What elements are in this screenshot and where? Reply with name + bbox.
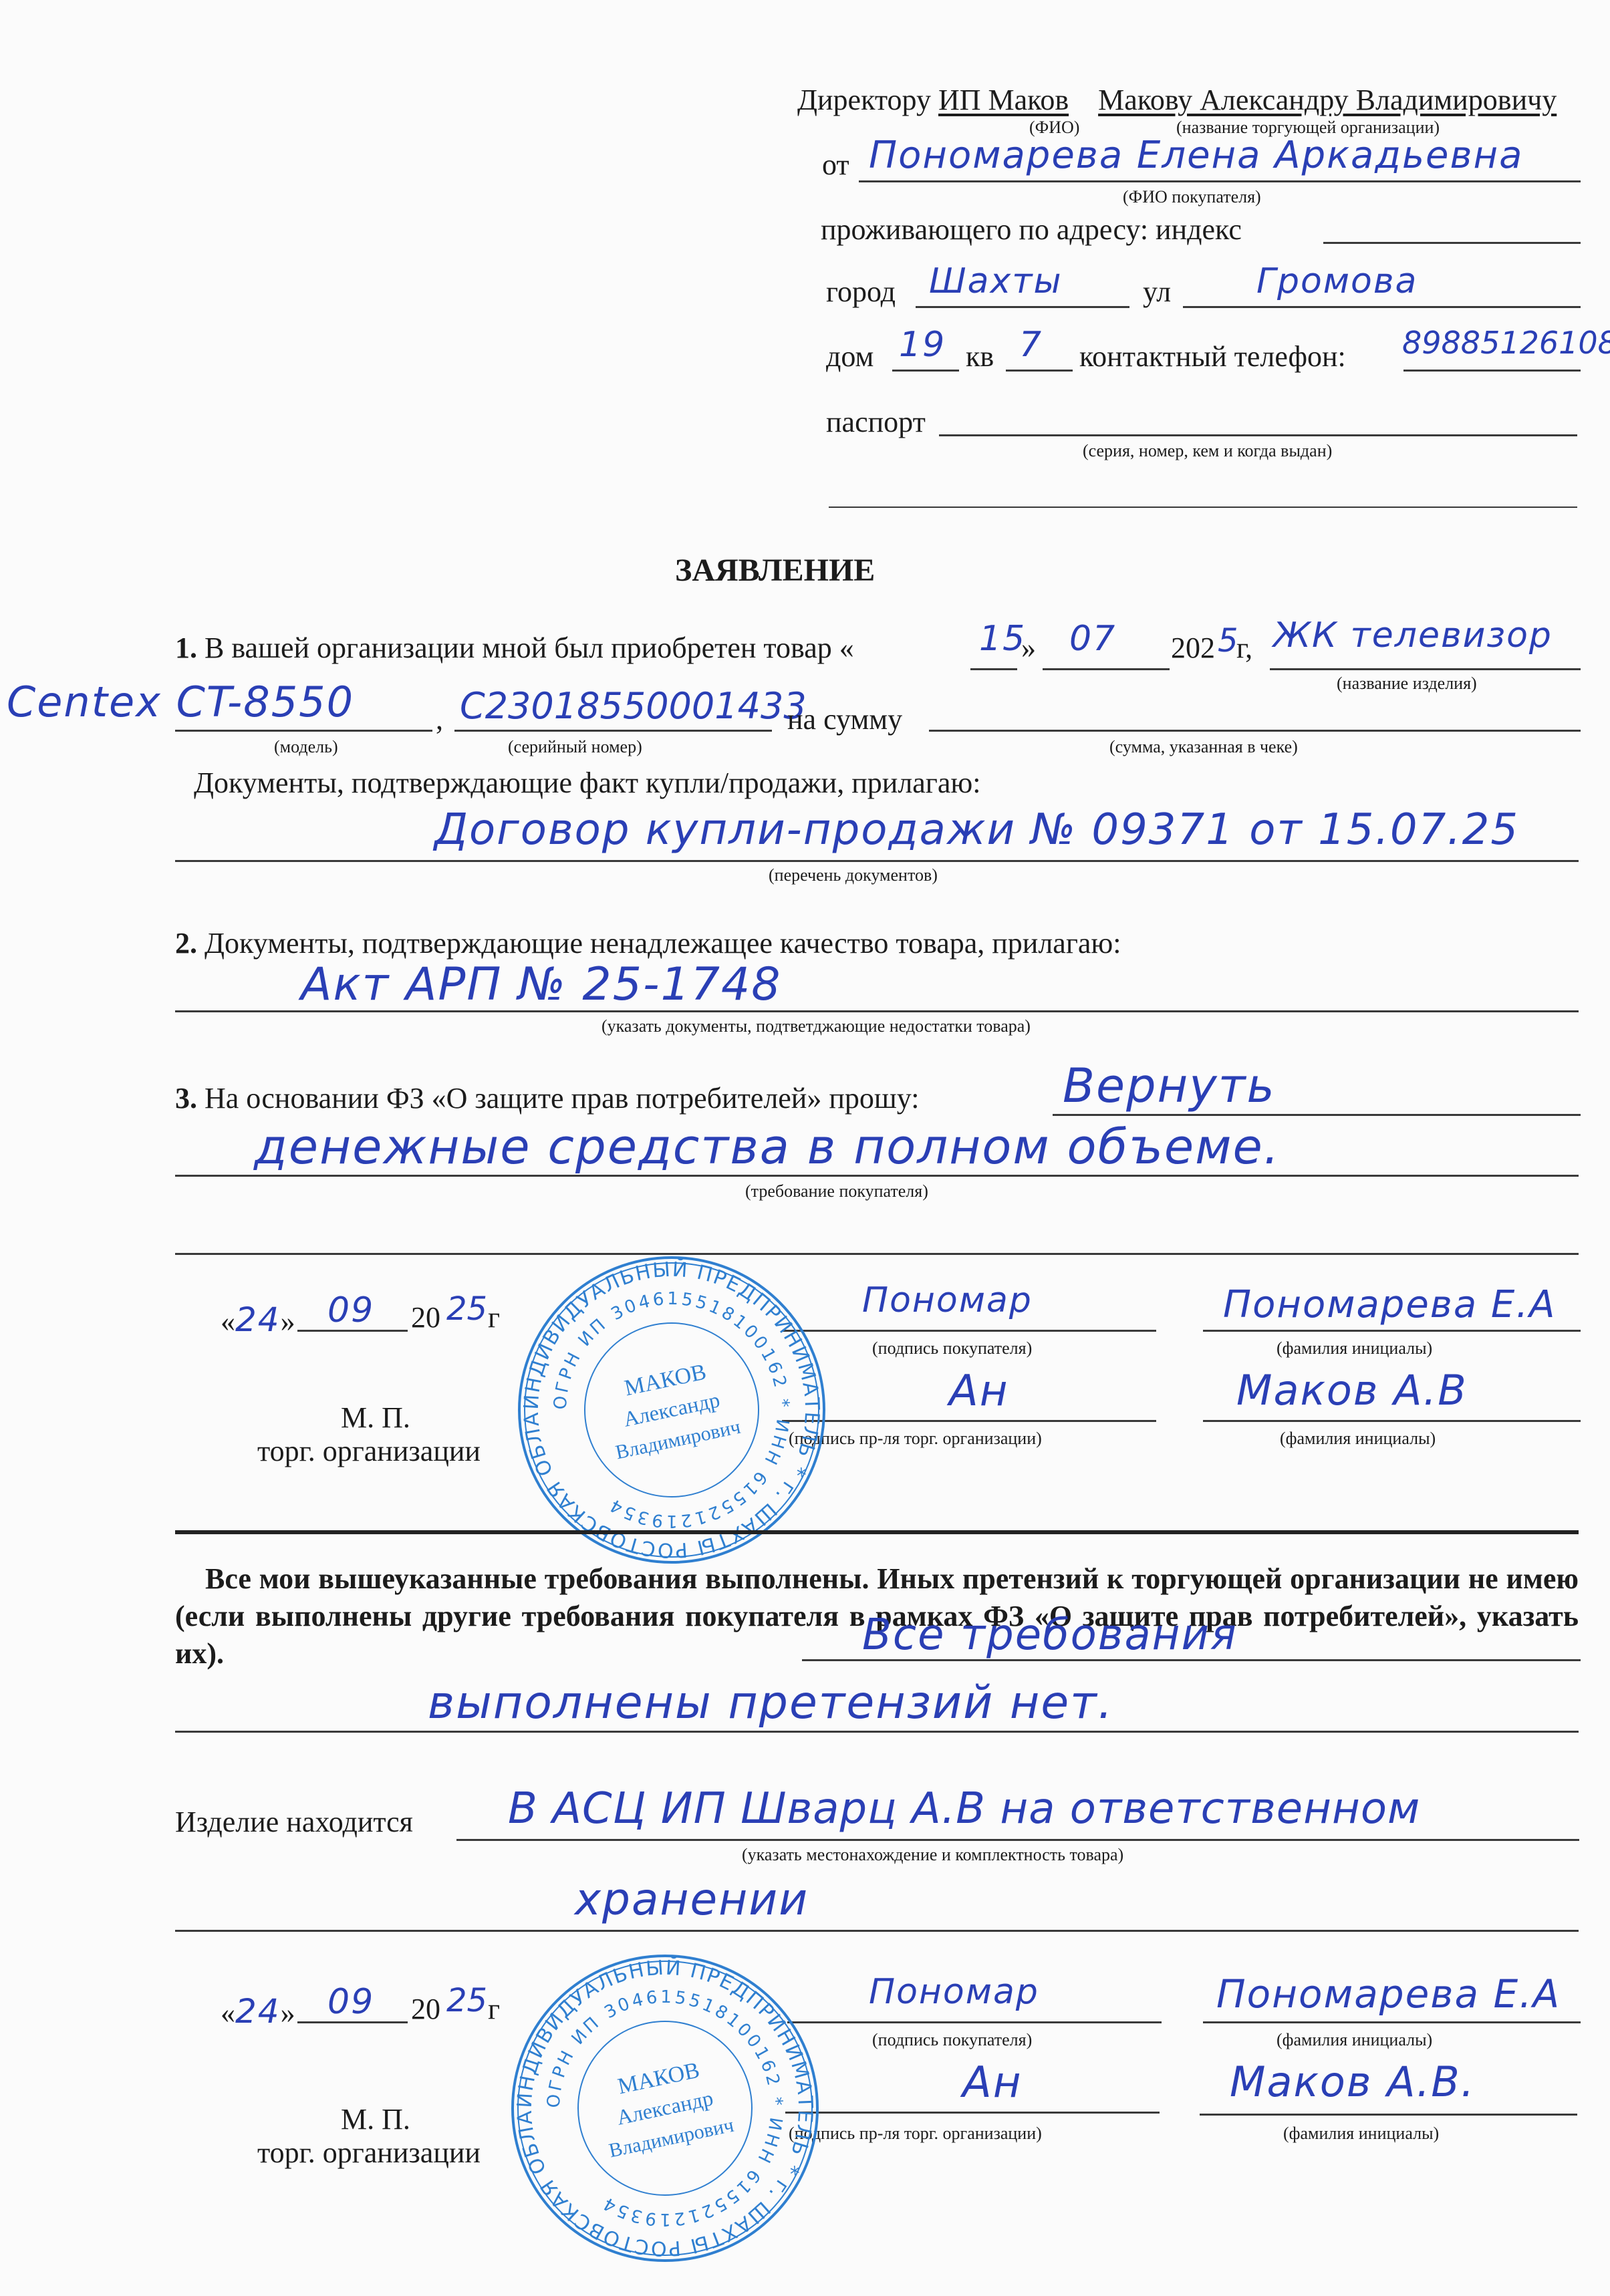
stamp-seal-icon: ИНДИВИДУАЛЬНЫЙ ПРЕДПРИНИМАТЕЛЬ * г. ШАХТ…	[508, 1951, 822, 2265]
section2-number: 2.	[175, 927, 197, 960]
purchase-docs-field[interactable]: Договор купли-продажи № 09371 от 15.07.2…	[434, 809, 1519, 851]
caption-buyer-fio: (ФИО покупателя)	[1123, 188, 1261, 206]
sign1-date: «24»	[221, 1303, 295, 1336]
caption-passport: (серия, номер, кем и когда выдан)	[1083, 442, 1332, 460]
fulfilled-field-2[interactable]: выполнены претензий нет.	[428, 1681, 1113, 1726]
request-line-3	[175, 1253, 1579, 1255]
sign2-buyer-sig-line	[787, 2021, 1162, 2023]
sign1-seller-sig-line	[782, 1420, 1156, 1422]
section3-intro: 3. На основании ФЗ «О защите прав потреб…	[175, 1084, 919, 1113]
document-title: ЗАЯВЛЕНИЕ	[675, 555, 875, 587]
caption-sum: (сумма, указанная в чеке)	[1109, 738, 1298, 756]
org-name: ИП Маков	[938, 84, 1069, 116]
apt-line	[1006, 370, 1073, 372]
sign2-year-prefix: 20	[411, 1995, 440, 2024]
addressee-line: Директору ИП Маков Макову Александру Вла…	[797, 86, 1557, 115]
sign1-caption-buyer-sig: (подпись покупателя)	[872, 1340, 1032, 1357]
sign2-caption-seller-sig: (подпись пр-ля торг. организации)	[789, 2125, 1042, 2142]
sign1-day-field[interactable]: 24	[235, 1300, 281, 1339]
sign2-seller-name-line	[1200, 2114, 1577, 2116]
street-line	[1183, 306, 1581, 308]
director-prefix: Директору	[797, 84, 931, 116]
house-field[interactable]: 19	[899, 327, 946, 362]
passport-line-2	[829, 507, 1577, 508]
product-name-line	[1270, 668, 1581, 670]
sign1-year-prefix: 20	[411, 1303, 440, 1332]
model-field[interactable]: Centex CT-8550	[7, 682, 354, 723]
sign1-seller-name[interactable]: Маков А.В	[1236, 1370, 1468, 1411]
sign1-seller-name-line	[1203, 1420, 1581, 1422]
sign2-day-field[interactable]: 24	[235, 1992, 281, 2031]
caption-serial: (серийный номер)	[508, 738, 642, 756]
from-label: от	[822, 150, 849, 180]
location-line-1	[456, 1839, 1579, 1841]
passport-line	[939, 434, 1577, 436]
sign2-caption-seller-name: (фамилия инициалы)	[1283, 2125, 1439, 2142]
request-field-1[interactable]: Вернуть	[1063, 1062, 1276, 1109]
sign2-year-g: г	[488, 1995, 500, 2024]
caption-docs: (перечень документов)	[769, 867, 938, 884]
company-stamp-2: ИНДИВИДУАЛЬНЫЙ ПРЕДПРИНИМАТЕЛЬ * г. ШАХТ…	[508, 1951, 822, 2265]
purchase-month-line	[1043, 668, 1170, 670]
sum-line	[929, 730, 1581, 732]
serial-line	[454, 730, 772, 732]
sign1-buyer-name[interactable]: Пономарева Е.А	[1223, 1286, 1556, 1324]
caption-model: (модель)	[274, 738, 338, 756]
house-line	[892, 370, 959, 372]
phone-label: контактный телефон:	[1079, 342, 1346, 372]
phone-line	[1403, 370, 1581, 372]
section-divider	[175, 1530, 1579, 1534]
sign1-year-g: г	[488, 1303, 500, 1332]
stamp-seal-icon: ИНДИВИДУАЛЬНЫЙ ПРЕДПРИНИМАТЕЛЬ * г. ШАХТ…	[515, 1253, 829, 1567]
comma: ,	[436, 705, 443, 734]
company-stamp-1: ИНДИВИДУАЛЬНЫЙ ПРЕДПРИНИМАТЕЛЬ * г. ШАХТ…	[515, 1253, 829, 1567]
sign1-caption-buyer-name: (фамилия инициалы)	[1277, 1340, 1432, 1357]
sign2-buyer-name-line	[1203, 2021, 1581, 2023]
year-g: г,	[1236, 633, 1252, 663]
buyer-fio-line	[859, 180, 1581, 182]
location-field-2[interactable]: хранении	[575, 1878, 809, 1922]
purchase-year-field[interactable]: 5	[1218, 625, 1238, 657]
city-field[interactable]: Шахты	[929, 264, 1063, 299]
city-line	[916, 306, 1129, 308]
request-field-2[interactable]: денежные средства в полном объеме.	[254, 1123, 1281, 1171]
street-label: ул	[1143, 277, 1171, 307]
apt-label: кв	[966, 342, 994, 372]
caption-request: (требование покупателя)	[745, 1183, 928, 1200]
sign2-year-field[interactable]: 25	[446, 1985, 487, 2017]
buyer-fio-field[interactable]: Пономарева Елена Аркадьевна	[869, 137, 1523, 174]
apt-field[interactable]: 7	[1019, 327, 1043, 362]
sign2-date: «24»	[221, 1995, 295, 2028]
location-field-1[interactable]: В АСЦ ИП Шварц А.В на ответственном	[508, 1787, 1420, 1830]
sign1-caption-seller-name: (фамилия инициалы)	[1280, 1430, 1436, 1447]
sign2-month-field[interactable]: 09	[327, 1985, 374, 2019]
fulfilled-field-1[interactable]: Все требования	[862, 1614, 1238, 1657]
city-label: город	[826, 277, 896, 307]
caption-product: (название изделия)	[1337, 675, 1477, 692]
sign2-buyer-signature[interactable]: Пономар	[869, 1975, 1039, 2009]
sign1-buyer-sig-line	[782, 1330, 1156, 1332]
caption-location: (указать местонахождение и комплектность…	[742, 1846, 1123, 1864]
sign1-year-field[interactable]: 25	[446, 1293, 487, 1325]
purchase-month-field[interactable]: 07	[1069, 621, 1116, 656]
location-label: Изделие находится	[175, 1808, 413, 1837]
sign1-seller-signature[interactable]: Ан	[949, 1370, 1009, 1413]
year-prefix: 202	[1171, 633, 1215, 663]
purchase-day-line	[970, 668, 1017, 670]
passport-label: паспорт	[826, 408, 926, 437]
sign2-mp: М. П.	[341, 2105, 410, 2134]
request-line-2	[175, 1175, 1579, 1177]
section2-intro: 2. Документы, подтверждающие ненадлежаще…	[175, 929, 1121, 958]
sign2-buyer-name[interactable]: Пономарева Е.А	[1216, 1975, 1561, 2013]
purchase-docs-line	[175, 860, 1579, 862]
sign1-mp-org: торг. организации	[257, 1437, 481, 1466]
sign2-seller-sig-line	[785, 2112, 1160, 2114]
address-label: проживающего по адресу: индекс	[821, 215, 1242, 245]
phone-field[interactable]: 89885126108	[1402, 327, 1610, 358]
director-fio: Макову Александру Владимировичу	[1098, 84, 1557, 116]
sign2-seller-name[interactable]: Маков А.В.	[1230, 2061, 1475, 2103]
product-name-field[interactable]: ЖК телевизор	[1273, 618, 1553, 653]
sign2-mp-org: торг. организации	[257, 2138, 481, 2168]
quote-close: »	[1021, 633, 1036, 663]
caption-defect-docs: (указать документы, подтветджающие недос…	[601, 1018, 1031, 1035]
fulfilled-line-2	[175, 1731, 1579, 1733]
street-field[interactable]: Громова	[1256, 264, 1418, 299]
sign2-caption-buyer-sig: (подпись покупателя)	[872, 2031, 1032, 2049]
section3-text: На основании ФЗ «О защите прав потребите…	[205, 1082, 919, 1115]
location-line-2	[175, 1930, 1579, 1932]
purchase-day-field[interactable]: 15	[979, 621, 1026, 656]
sign1-buyer-name-line	[1203, 1330, 1581, 1332]
sign2-seller-signature[interactable]: Ан	[962, 2061, 1023, 2104]
defect-docs-field[interactable]: Акт АРП № 25-1748	[301, 962, 782, 1008]
postal-index-line	[1323, 242, 1581, 244]
section3-number: 3.	[175, 1082, 197, 1115]
sign1-month-field[interactable]: 09	[327, 1293, 374, 1328]
section2-text: Документы, подтверждающие ненадлежащее к…	[205, 927, 1121, 960]
sum-label: на сумму	[787, 705, 902, 734]
house-label: дом	[826, 342, 874, 372]
section1-number: 1.	[175, 631, 197, 664]
sign1-mp: М. П.	[341, 1403, 410, 1433]
sign2-caption-buyer-name: (фамилия инициалы)	[1277, 2031, 1432, 2049]
section1-text: В вашей организации мной был приобретен …	[205, 631, 854, 664]
request-line-1	[1053, 1114, 1581, 1116]
section1-intro: 1. В вашей организации мной был приобрет…	[175, 633, 854, 663]
purchase-docs-label: Документы, подтверждающие факт купли/про…	[194, 768, 980, 798]
sign1-buyer-signature[interactable]: Пономар	[862, 1283, 1033, 1318]
model-line	[175, 730, 432, 732]
serial-field[interactable]: C23018550001433	[460, 688, 807, 724]
